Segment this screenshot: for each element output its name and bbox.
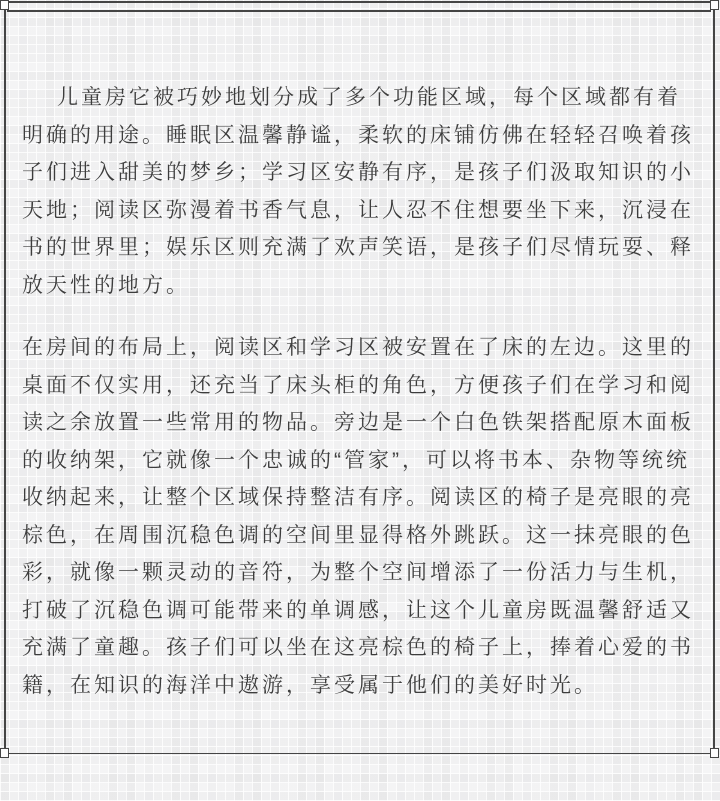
screenshot-root: { "theme": { "background": "#f5f5f6", "b… [0,0,720,801]
frame-corner-bottom-right [710,748,719,758]
paragraph: 在房间的布局上，阅读区和学习区被安置在了床的左边。这里的桌面不仅实用，还充当了床… [22,329,700,704]
frame-corner-top-right [710,0,719,10]
text-card-page: 儿童房它被巧妙地划分成了多个功能区域，每个区域都有着明确的用途。睡眠区温馨静谧，… [0,0,720,801]
frame-left-line [4,10,6,748]
frame-corner-bottom-left [0,748,9,758]
frame-right-line [713,10,715,748]
document-body: 儿童房它被巧妙地划分成了多个功能区域，每个区域都有着明确的用途。睡眠区温馨静谧，… [22,79,700,704]
paragraph: 儿童房它被巧妙地划分成了多个功能区域，每个区域都有着明确的用途。睡眠区温馨静谧，… [22,79,700,304]
frame-bottom-line [7,753,711,755]
frame-corner-top-left [0,0,9,10]
frame-top-inner-line [7,10,711,12]
frame-top-outer-line [7,1,711,3]
